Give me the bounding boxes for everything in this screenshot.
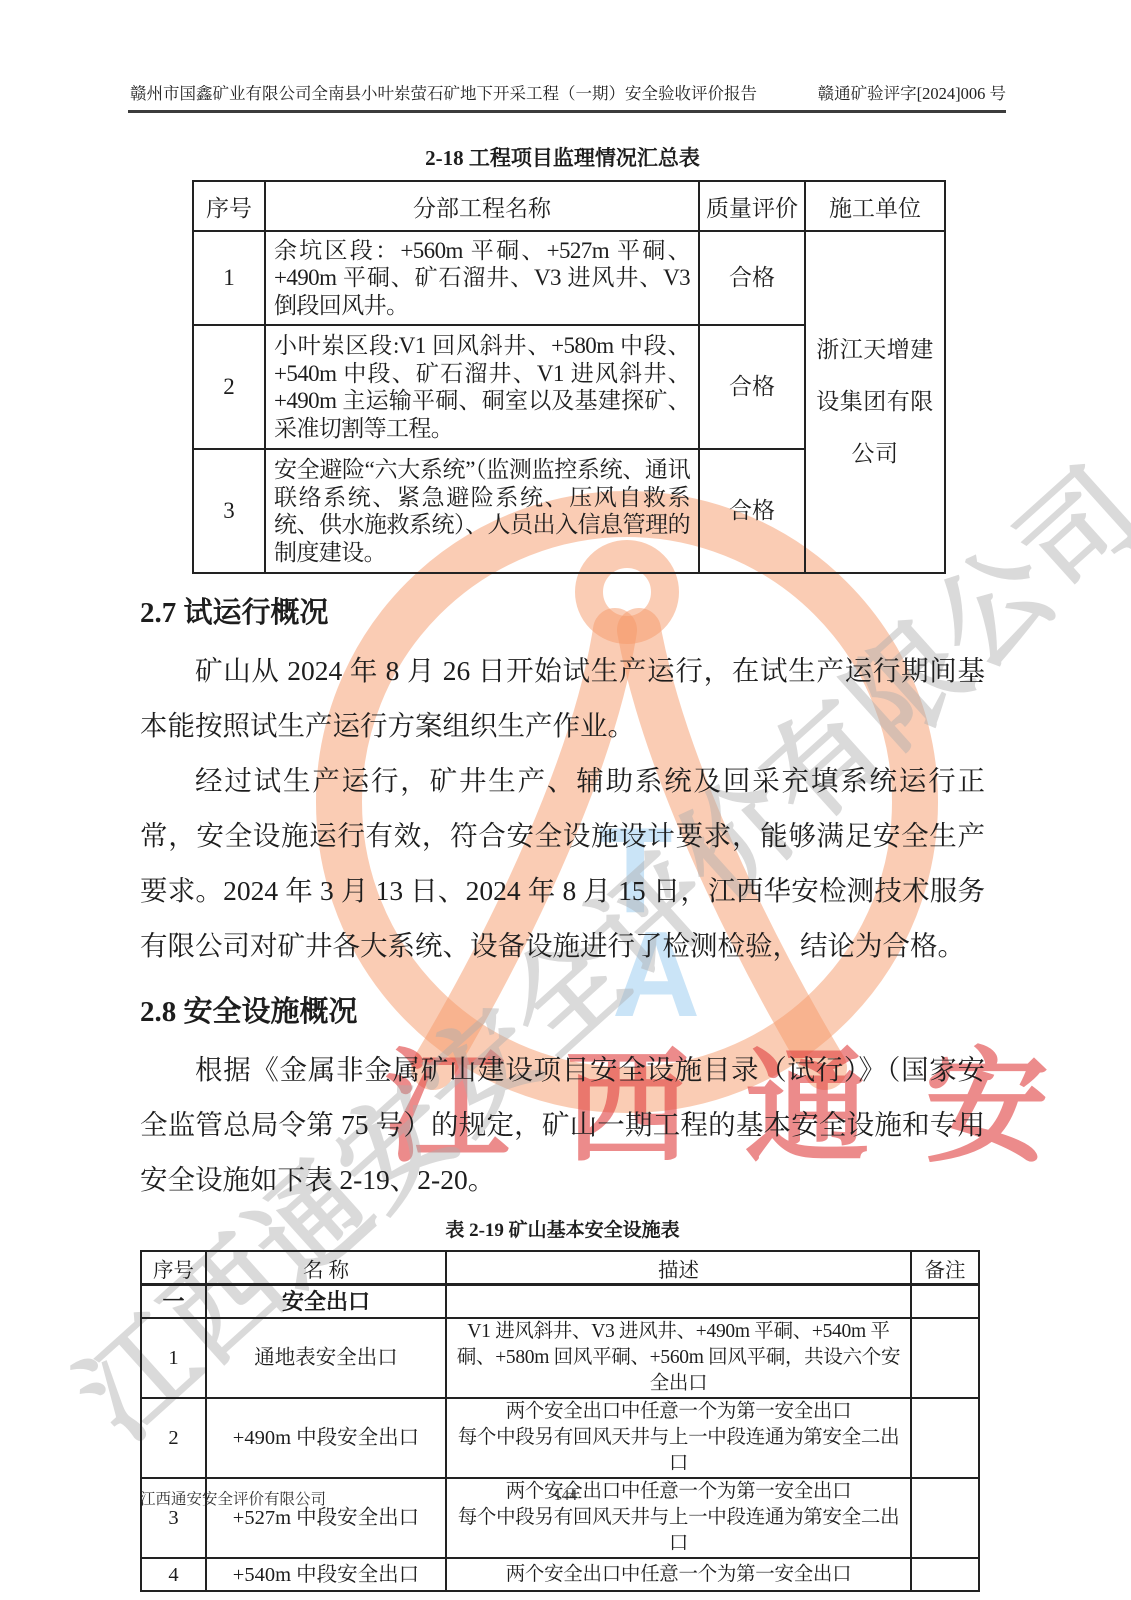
cell-quality: 合格 xyxy=(699,449,805,573)
paragraph: 矿山从 2024 年 8 月 26 日开始试生产运行，在试生产运行期间基本能按照… xyxy=(140,643,985,753)
table-header-row: 序号 分部工程名称 质量评价 施工单位 xyxy=(193,181,945,231)
cell-seq: 4 xyxy=(141,1558,206,1591)
table-row: 1余坑区段：+560m 平硐、+527m 平硐、+490m 平硐、矿石溜井、V3… xyxy=(193,231,945,325)
col-header-seq: 序号 xyxy=(193,181,265,231)
table-header-row: 序号 名 称 描述 备注 xyxy=(141,1251,979,1285)
col-header-name: 分部工程名称 xyxy=(265,181,699,231)
section-2-8-heading: 2.8 安全设施概况 xyxy=(140,989,985,1030)
cell-seq: 2 xyxy=(193,325,265,449)
header-report-title: 赣州市国鑫矿业有限公司全南县小叶岽萤石矿地下开采工程（一期）安全验收评价报告 xyxy=(130,80,757,104)
col-header-contractor: 施工单位 xyxy=(805,181,945,231)
paragraph: 根据《金属非金属矿山建设项目安全设施目录（试行）》（国家安全监管总局令第 75 … xyxy=(140,1042,985,1207)
table-2-19: 序号 名 称 描述 备注 一安全出口1通地表安全出口V1 进风斜井、V3 进风井… xyxy=(140,1250,980,1592)
cell-remark xyxy=(911,1398,979,1478)
cell-work-name: 余坑区段：+560m 平硐、+527m 平硐、+490m 平硐、矿石溜井、V3 … xyxy=(265,231,699,325)
col-header-desc: 描述 xyxy=(446,1251,911,1285)
cell-facility-name: +490m 中段安全出口 xyxy=(206,1398,446,1478)
cell-facility-name: 通地表安全出口 xyxy=(206,1318,446,1398)
header-doc-number: 赣通矿验评字[2024]006 号 xyxy=(818,80,1006,104)
cell-seq: 1 xyxy=(141,1318,206,1398)
table-2-18: 序号 分部工程名称 质量评价 施工单位 1余坑区段：+560m 平硐、+527m… xyxy=(192,180,946,574)
table-2-19-caption: 表 2-19 矿山基本安全设施表 xyxy=(140,1215,985,1242)
col-header-seq: 序号 xyxy=(141,1251,206,1285)
footer-company: 江西通安安全评价有限公司 xyxy=(140,1487,326,1509)
document-page: T A 江西通安 江西通安安全评价有限公司 赣州市国鑫矿业有限公司全南县小叶岽萤… xyxy=(0,0,1131,1600)
cell-facility-name: 安全出口 xyxy=(206,1285,446,1319)
table-row: 2+490m 中段安全出口两个安全出口中任意一个为第一安全出口 每个中段另有回风… xyxy=(141,1398,979,1478)
cell-remark xyxy=(911,1285,979,1319)
header-rule xyxy=(128,110,1006,113)
cell-remark xyxy=(911,1318,979,1398)
page-header: 赣州市国鑫矿业有限公司全南县小叶岽萤石矿地下开采工程（一期）安全验收评价报告 赣… xyxy=(130,80,1006,104)
col-header-quality: 质量评价 xyxy=(699,181,805,231)
cell-work-name: 安全避险“六大系统”（监测监控系统、通讯联络系统、紧急避险系统、压风自救系统、供… xyxy=(265,449,699,573)
cell-description: 两个安全出口中任意一个为第一安全出口 每个中段另有回风天井与上一中段连通为第安全… xyxy=(446,1398,911,1478)
cell-remark xyxy=(911,1558,979,1591)
table-row: 1通地表安全出口V1 进风斜井、V3 进风井、+490m 平硐、+540m 平硐… xyxy=(141,1318,979,1398)
cell-description: 两个安全出口中任意一个为第一安全出口 xyxy=(446,1558,911,1591)
cell-seq: 1 xyxy=(193,231,265,325)
col-header-remark: 备注 xyxy=(911,1251,979,1285)
paragraph: 经过试生产运行，矿井生产、辅助系统及回采充填系统运行正常，安全设施运行有效，符合… xyxy=(140,753,985,973)
content-layer: 赣州市国鑫矿业有限公司全南县小叶岽萤石矿地下开采工程（一期）安全验收评价报告 赣… xyxy=(0,0,1131,1600)
section-2-7-heading: 2.7 试运行概况 xyxy=(140,590,985,631)
col-header-name: 名 称 xyxy=(206,1251,446,1285)
table-2-18-caption: 2-18 工程项目监理情况汇总表 xyxy=(140,142,985,172)
cell-seq: 一 xyxy=(141,1285,206,1319)
cell-facility-name: +540m 中段安全出口 xyxy=(206,1558,446,1591)
cell-quality: 合格 xyxy=(699,325,805,449)
cell-quality: 合格 xyxy=(699,231,805,325)
cell-description xyxy=(446,1285,911,1319)
cell-description: V1 进风斜井、V3 进风井、+490m 平硐、+540m 平硐、+580m 回… xyxy=(446,1318,911,1398)
table-row: 4+540m 中段安全出口两个安全出口中任意一个为第一安全出口 xyxy=(141,1558,979,1591)
table-row: 一安全出口 xyxy=(141,1285,979,1319)
cell-seq: 3 xyxy=(193,449,265,573)
cell-work-name: 小叶岽区段:V1 回风斜井、+580m 中段、+540m 中段、矿石溜井、V1 … xyxy=(265,325,699,449)
cell-seq: 2 xyxy=(141,1398,206,1478)
page-body: 2-18 工程项目监理情况汇总表 序号 分部工程名称 质量评价 施工单位 1余坑… xyxy=(140,140,985,1592)
cell-contractor: 浙江天增建设集团有限公司 xyxy=(805,231,945,573)
